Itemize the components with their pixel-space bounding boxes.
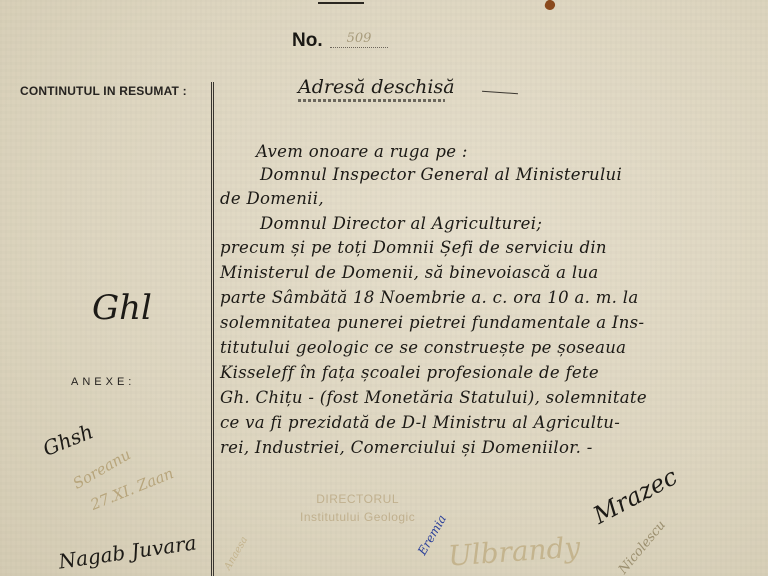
- summary-label: CONTINUTUL IN RESUMAT :: [20, 84, 187, 98]
- body-line: Domnul Inspector General al Ministerului: [260, 165, 622, 184]
- stamp-line-1: DIRECTORUL: [300, 490, 415, 508]
- director-stamp: DIRECTORUL Institutului Geologic: [300, 490, 415, 526]
- body-line: ce va fi prezidată de D-l Ministru al Ag…: [220, 413, 620, 432]
- heading-dash: [482, 91, 518, 95]
- body-line: rei, Industriei, Comerciului și Domeniil…: [220, 438, 593, 457]
- body-line: Kisseleff în fața școalei profesionale d…: [220, 363, 599, 382]
- margin-divider: [211, 82, 214, 576]
- ink-blot: [544, 0, 557, 11]
- body-line: parte Sâmbătă 18 Noembrie a. c. ora 10 a…: [220, 288, 638, 307]
- margin-signature: Ghl: [92, 288, 152, 328]
- body-line: de Domenii,: [220, 189, 324, 208]
- main-signature: Mrazec: [589, 462, 682, 529]
- bottom-signature: Ulbrandy: [447, 530, 581, 572]
- document-heading: Adresă deschisă: [298, 76, 455, 98]
- body-line: titutului geologic ce se construește pe …: [220, 338, 626, 357]
- margin-signature: Nagab Juvara: [57, 530, 198, 573]
- body-line: Gh. Chițu - (fost Monetăria Statului), s…: [220, 388, 647, 407]
- registration-number: 509: [330, 30, 388, 48]
- top-rule: [318, 2, 364, 4]
- bottom-signature: Anaesa: [222, 535, 250, 572]
- margin-signature: Ghsh: [39, 419, 96, 461]
- body-line: solemnitatea punerei pietrei fundamental…: [220, 313, 644, 332]
- annex-label: ANEXE:: [71, 376, 135, 388]
- number-label: No.: [292, 30, 323, 52]
- body-line: Avem onoare a ruga pe :: [256, 142, 468, 161]
- bottom-signature: Nicolescu: [616, 518, 669, 576]
- stamp-line-2: Institutului Geologic: [300, 508, 415, 526]
- body-line: Ministerul de Domenii, să binevoiască a …: [220, 263, 598, 282]
- body-line: Domnul Director al Agriculturei;: [260, 214, 542, 233]
- body-line: precum și pe toți Domnii Șefi de servici…: [220, 238, 607, 257]
- bottom-signature: Eremia: [415, 512, 449, 557]
